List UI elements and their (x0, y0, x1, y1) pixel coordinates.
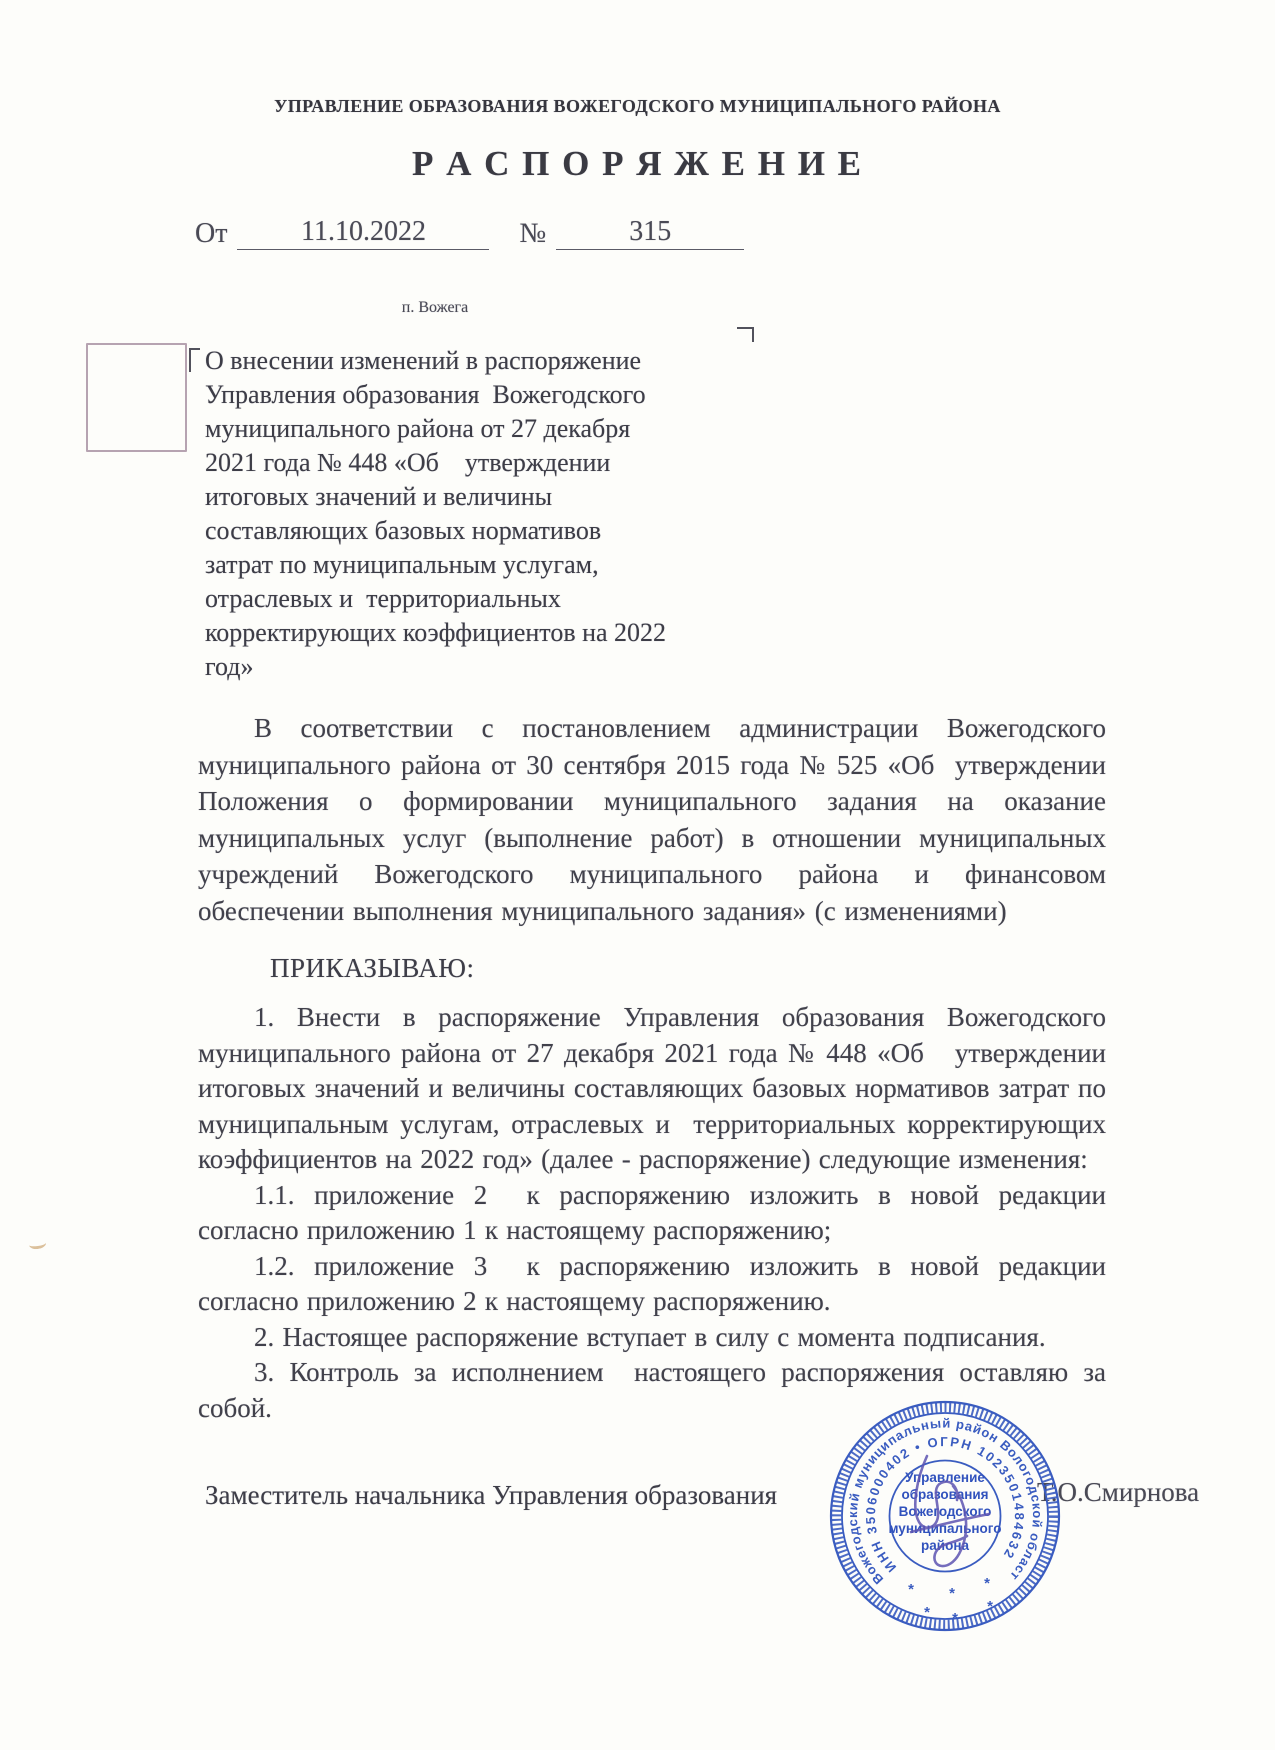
order-item-1: 1. Внести в распоряжение Управления обра… (198, 1000, 1106, 1178)
from-label: От (195, 218, 227, 250)
document-number: 315 (556, 216, 744, 250)
number-sign: № (519, 218, 546, 250)
place-name: п. Вожега (355, 299, 515, 317)
signer-position: Заместитель начальника Управления образо… (205, 1480, 777, 1511)
corner-bracket-right (737, 327, 754, 342)
document-type-title: Р А С П О Р Я Ж Е Н И Е (0, 144, 1275, 184)
date-value: 11.10.2022 (237, 216, 489, 250)
svg-text:*: * (908, 1581, 914, 1598)
scan-artifact-mark (28, 1238, 46, 1250)
order-items: 1. Внести в распоряжение Управления обра… (198, 1000, 1106, 1426)
svg-text:*: * (987, 1598, 993, 1615)
corner-bracket-left (189, 348, 200, 372)
svg-text:*: * (984, 1575, 990, 1592)
svg-text:*: * (924, 1604, 930, 1621)
svg-text:*: * (949, 1585, 955, 1602)
empty-stamp-box (86, 343, 187, 452)
requisites-row: От 11.10.2022 № 315 (195, 216, 744, 250)
order-item-1-2: 1.2. приложение 3 к распоряжению изложит… (198, 1249, 1106, 1320)
subject-block: О внесении изменений в распоряжение Упра… (205, 344, 710, 684)
svg-text:*: * (952, 1610, 958, 1627)
organization-name: УПРАВЛЕНИЕ ОБРАЗОВАНИЯ ВОЖЕГОДСКОГО МУНИ… (0, 96, 1275, 117)
scanned-document-page: УПРАВЛЕНИЕ ОБРАЗОВАНИЯ ВОЖЕГОДСКОГО МУНИ… (0, 0, 1275, 1750)
order-item-2: 2. Настоящее распоряжение вступает в сил… (198, 1320, 1106, 1356)
order-word: ПРИКАЗЫВАЮ: (270, 953, 474, 984)
preamble-paragraph: В соответствии с постановлением админист… (198, 710, 1106, 929)
order-item-1-1: 1.1. приложение 2 к распоряжению изложит… (198, 1178, 1106, 1249)
round-stamp: Вожегодский муниципальный район Вологодс… (828, 1399, 1062, 1633)
